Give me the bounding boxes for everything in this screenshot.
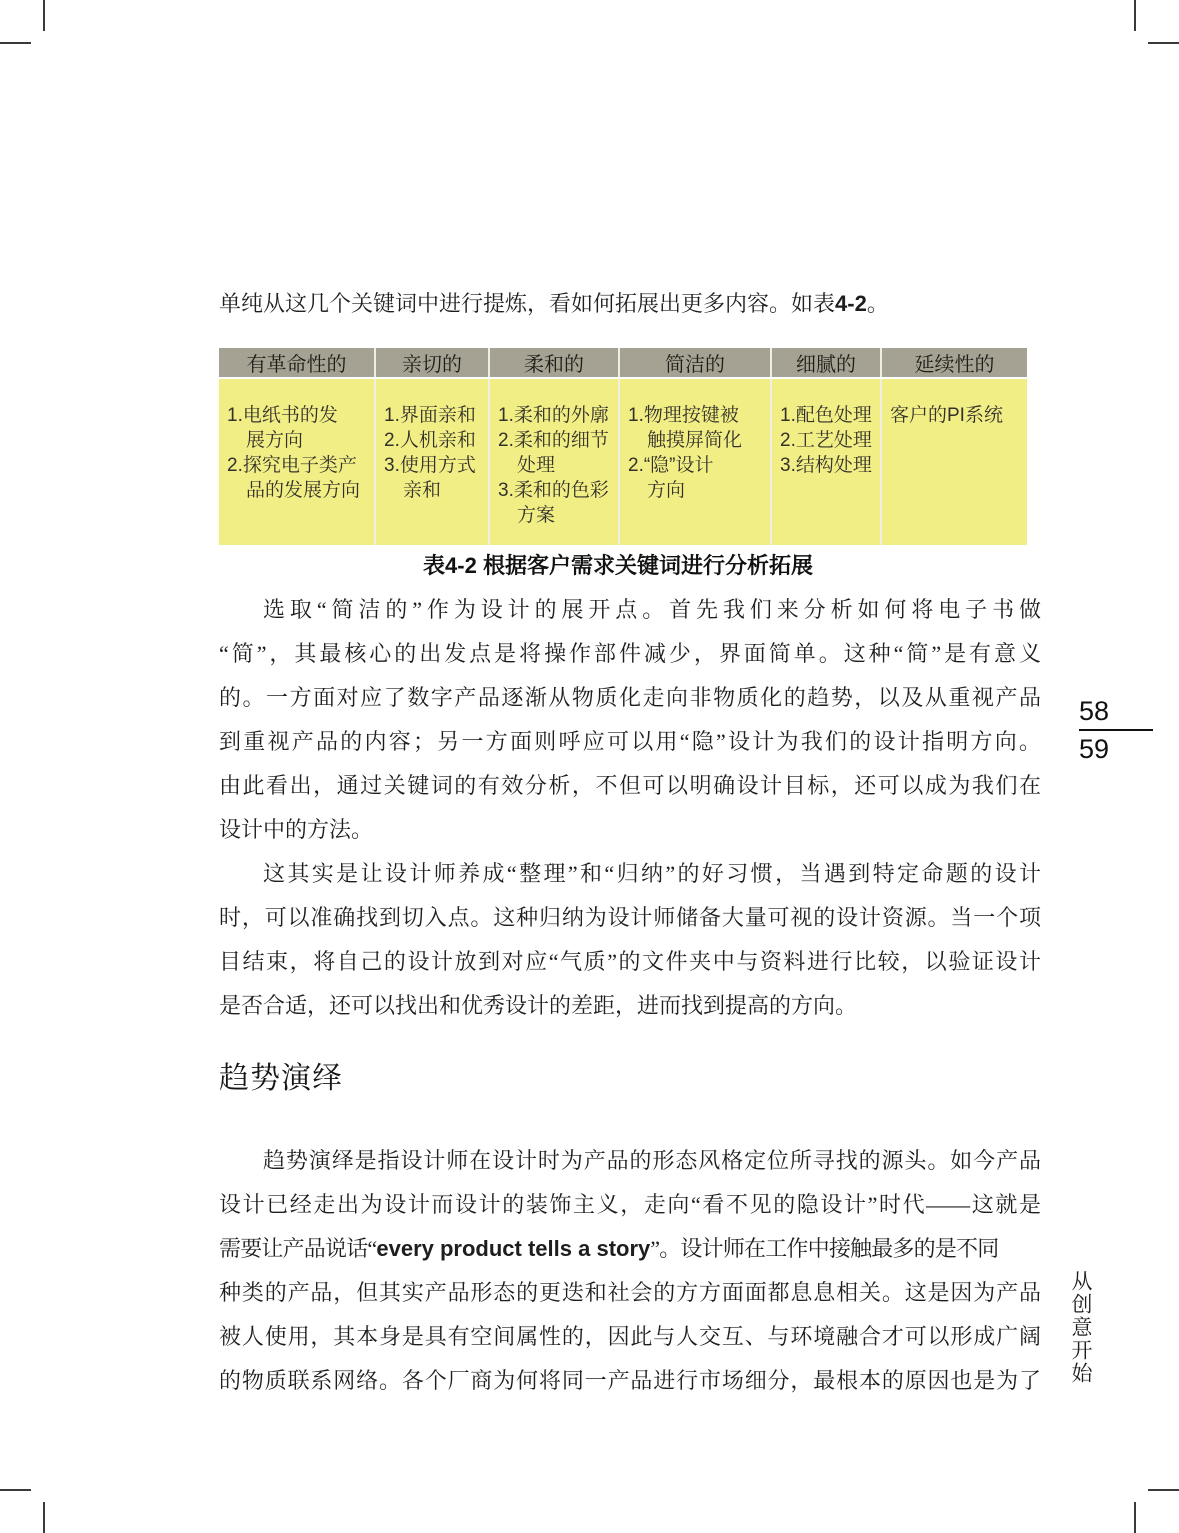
table-cell-item: 1.配色处理: [780, 403, 874, 428]
text-line: 种类的产品，但其实产品形态的更迭和社会的方方面面都息息相关。这是因为产品: [219, 1271, 1041, 1315]
text-line: 这其实是让设计师养成“整理”和“归纳”的好习惯，当遇到特定命题的设计: [219, 852, 1041, 896]
crop-mark: [1134, 0, 1136, 31]
text-line: “简”，其最核心的出发点是将操作部件减少，界面简单。这种“简”是有意义: [219, 632, 1041, 676]
table-cell-item: 3.结构处理: [780, 453, 874, 478]
book-page: 单纯从这几个关键词中进行提炼，看如何拓展出更多内容。如表4-2。 有革命性的 亲…: [0, 0, 1179, 1533]
table-cell-item: 客户的PI系统: [890, 403, 1021, 428]
crop-mark: [1148, 1489, 1179, 1491]
table-cell: 1.柔和的外廓 2.柔和的细节 处理 3.柔和的色彩 方案: [490, 379, 618, 545]
table-header-cell: 亲切的: [376, 348, 488, 377]
table-cell: 客户的PI系统: [882, 379, 1027, 545]
text-run: ”。设计师在工作中接触最多的是不同: [650, 1236, 998, 1261]
table-cell-item: 1.电纸书的发 展方向: [227, 403, 368, 453]
table-cell-item: 2.探究电子类产 品的发展方向: [227, 453, 368, 503]
table-cell: 1.配色处理 2.工艺处理 3.结构处理: [772, 379, 880, 545]
text-line: 到重视产品的内容；另一方面则呼应可以用“隐”设计为我们的设计指明方向。: [219, 720, 1041, 764]
intro-text: 单纯从这几个关键词中进行提炼，看如何拓展出更多内容。如表: [219, 291, 835, 316]
table-cell: 1.界面亲和 2.人机亲和 3.使用方式 亲和: [376, 379, 488, 545]
crop-mark: [1134, 1502, 1136, 1533]
table-cell: 1.电纸书的发 展方向 2.探究电子类产 品的发展方向: [219, 379, 374, 545]
crop-mark: [0, 1489, 31, 1491]
table-cell-item: 3.使用方式 亲和: [384, 453, 482, 503]
text-line: 的。一方面对应了数字产品逐渐从物质化走向非物质化的趋势，以及从重视产品: [219, 676, 1041, 720]
page-number-current: 58: [1079, 696, 1153, 726]
table-header-cell: 细腻的: [772, 348, 880, 377]
crop-mark: [43, 0, 45, 31]
text-line: 是否合适，还可以找出和优秀设计的差距，进而找到提高的方向。: [219, 984, 1041, 1028]
table-ref: 4-2: [835, 291, 867, 316]
section-heading: 趋势演绎: [219, 1053, 343, 1097]
text-line: 选取“简洁的”作为设计的展开点。首先我们来分析如何将电子书做: [219, 588, 1041, 632]
crop-mark: [43, 1502, 45, 1533]
text-line: 由此看出，通过关键词的有效分析，不但可以明确设计目标，还可以成为我们在: [219, 764, 1041, 808]
table-cell: 1.物理按键被 触摸屏简化 2.“隐”设计 方向: [620, 379, 770, 545]
table-cell-item: 3.柔和的色彩 方案: [498, 478, 612, 528]
table-cell-item: 2.“隐”设计 方向: [628, 453, 764, 503]
table-cell-item: 2.柔和的细节 处理: [498, 428, 612, 478]
table-header-cell: 延续性的: [882, 348, 1027, 377]
table-header-cell: 简洁的: [620, 348, 770, 377]
page-number-next: 59: [1079, 734, 1153, 764]
keyword-table: 有革命性的 亲切的 柔和的 简洁的 细腻的 延续性的 1.电纸书的发 展方向 2…: [219, 348, 1017, 545]
intro-suffix: 。: [867, 291, 889, 316]
table-cell-item: 1.物理按键被 触摸屏简化: [628, 403, 764, 453]
crop-mark: [0, 42, 31, 44]
text-line: 被人使用，其本身是具有空间属性的，因此与人交互、与环境融合才可以形成广阔: [219, 1315, 1041, 1359]
table-body-row: 1.电纸书的发 展方向 2.探究电子类产 品的发展方向 1.界面亲和 2.人机亲…: [219, 379, 1017, 545]
paragraph: 选取“简洁的”作为设计的展开点。首先我们来分析如何将电子书做 “简”，其最核心的…: [219, 588, 1041, 852]
table-cell-item: 1.柔和的外廓: [498, 403, 612, 428]
text-line: 趋势演绎是指设计师在设计时为产品的形态风格定位所寻找的源头。如今产品: [219, 1139, 1041, 1183]
paragraph: 这其实是让设计师养成“整理”和“归纳”的好习惯，当遇到特定命题的设计 时，可以准…: [219, 852, 1041, 1028]
text-line: 时，可以准确找到切入点。这种归纳为设计师储备大量可视的设计资源。当一个项: [219, 896, 1041, 940]
text-line: 的物质联系网络。各个厂商为何将同一产品进行市场细分，最根本的原因也是为了: [219, 1359, 1041, 1403]
text-line: 设计中的方法。: [219, 808, 1041, 852]
chapter-side-label: 从创意开始: [1066, 1270, 1096, 1385]
table-header-row: 有革命性的 亲切的 柔和的 简洁的 细腻的 延续性的: [219, 348, 1017, 377]
table-cell-item: 2.人机亲和: [384, 428, 482, 453]
table-cell-item: 1.界面亲和: [384, 403, 482, 428]
paragraph: 趋势演绎是指设计师在设计时为产品的形态风格定位所寻找的源头。如今产品 设计已经走…: [219, 1139, 1041, 1403]
table-cell-item: 2.工艺处理: [780, 428, 874, 453]
table-header-cell: 柔和的: [490, 348, 618, 377]
crop-mark: [1148, 42, 1179, 44]
text-run: 需要让产品说话“: [219, 1236, 376, 1261]
text-line: 设计已经走出为设计而设计的装饰主义，走向“看不见的隐设计”时代——这就是: [219, 1183, 1041, 1227]
folio-rule: [1079, 729, 1153, 731]
table-header-cell: 有革命性的: [219, 348, 374, 377]
text-line: 目结束，将自己的设计放到对应“气质”的文件夹中与资料进行比较，以验证设计: [219, 940, 1041, 984]
intro-line: 单纯从这几个关键词中进行提炼，看如何拓展出更多内容。如表4-2。: [219, 282, 1041, 326]
text-line: 需要让产品说话“every product tells a story”。设计师…: [219, 1227, 1041, 1271]
folio: 58 59: [1079, 696, 1153, 764]
english-quote: every product tells a story: [376, 1236, 650, 1261]
table-caption: 表4-2 根据客户需求关键词进行分析拓展: [219, 549, 1017, 580]
